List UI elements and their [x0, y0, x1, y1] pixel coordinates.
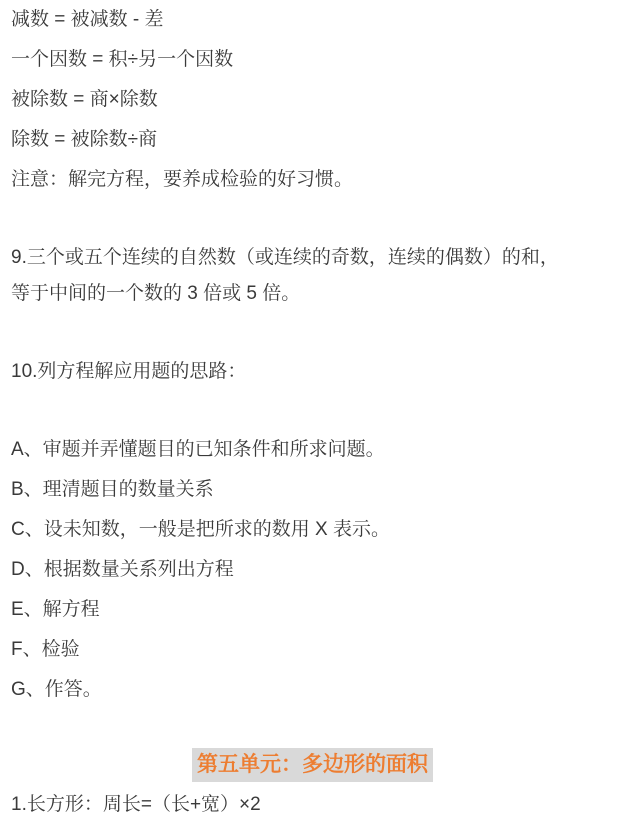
- step-f: F、检验: [11, 630, 614, 670]
- point9-line2: 等于中间的一个数的 3 倍或 5 倍。: [11, 276, 614, 312]
- formula-dividend: 被除数 = 商×除数: [11, 80, 614, 120]
- formula-subtrahend: 减数 = 被减数 - 差: [11, 0, 614, 40]
- paragraph-gap: [11, 392, 614, 430]
- paragraph-gap: [11, 200, 614, 240]
- step-b: B、理清题目的数量关系: [11, 470, 614, 510]
- document-page: 减数 = 被减数 - 差 一个因数 = 积÷另一个因数 被除数 = 商×除数 除…: [0, 0, 628, 825]
- step-d: D、根据数量关系列出方程: [11, 550, 614, 590]
- step-a: A、审题并弄懂题目的已知条件和所求问题。: [11, 430, 614, 470]
- point9-line1: 9.三个或五个连续的自然数（或连续的奇数，连续的偶数）的和，: [11, 240, 614, 276]
- paragraph-gap: [11, 710, 614, 745]
- paragraph-gap: [11, 312, 614, 352]
- section-heading-unit5: 第五单元：多边形的面积: [11, 745, 614, 785]
- note-check-equation: 注意：解完方程，要养成检验的好习惯。: [11, 160, 614, 200]
- step-g: G、作答。: [11, 670, 614, 710]
- rectangle-perimeter-formula: 1.长方形：周长=（长+宽）×2: [11, 785, 614, 825]
- formula-factor: 一个因数 = 积÷另一个因数: [11, 40, 614, 80]
- point10-title: 10.列方程解应用题的思路：: [11, 352, 614, 392]
- step-e: E、解方程: [11, 590, 614, 630]
- formula-divisor: 除数 = 被除数÷商: [11, 120, 614, 160]
- section-heading-text: 第五单元：多边形的面积: [192, 748, 433, 782]
- step-c: C、设未知数，一般是把所求的数用 X 表示。: [11, 510, 614, 550]
